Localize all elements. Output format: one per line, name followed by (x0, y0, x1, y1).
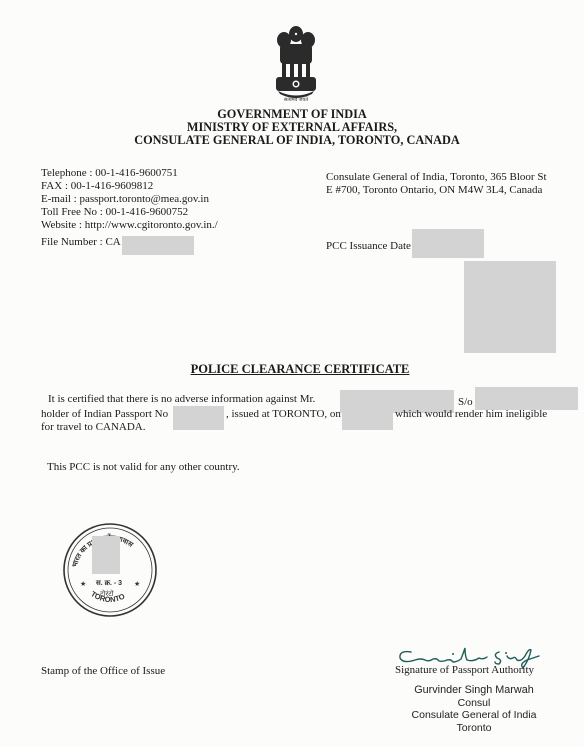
svg-text:स. क्र. - 3: स. क्र. - 3 (95, 580, 122, 587)
certificate-line1: It is certified that there is no adverse… (48, 393, 315, 406)
certificate-line3: for travel to CANADA. (41, 421, 145, 434)
contact-email: E-mail : passport.toronto@mea.gov.in (41, 193, 209, 206)
signatory-office: Consulate General of India (400, 709, 548, 722)
file-number-redacted (122, 236, 194, 255)
pcc-issuance-date-label: PCC Issuance Date (326, 240, 411, 252)
signatory-name: Gurvinder Singh Marwah (400, 684, 548, 697)
certificate-line2-issued: , issued at TORONTO, on (226, 408, 341, 421)
contact-telephone: Telephone : 00-1-416-9600751 (41, 167, 178, 180)
contact-website: Website : http://www.cgitoronto.gov.in./ (41, 219, 218, 232)
svg-text:★: ★ (80, 580, 86, 588)
pcc-issuance-date-redacted (412, 229, 484, 258)
stamp-label: Stamp of the Office of Issue (41, 665, 165, 677)
header-consulate: CONSULATE GENERAL OF INDIA, TORONTO, CAN… (0, 134, 584, 147)
signatory-city: Toronto (400, 722, 548, 735)
svg-text:टोरंटो: टोरंटो (100, 589, 114, 598)
file-number-label: File Number : CA (41, 236, 121, 249)
certificate-line2-suffix: which would render him ineligible (395, 408, 547, 421)
contact-toll-free: Toll Free No : 00-1-416-9600752 (41, 206, 188, 219)
passport-issue-date-redacted (342, 410, 393, 430)
svg-text:★: ★ (134, 580, 140, 588)
consulate-address-line1: Consulate General of India, Toronto, 365… (326, 171, 547, 184)
passport-number-redacted (173, 406, 224, 430)
emblem-motto: सत्यमेव जयते (268, 97, 324, 103)
document-title: POLICE CLEARANCE CERTIFICATE (0, 362, 584, 377)
consulate-stamp-icon: भारत का प्रधान कोंसलावास TORONTO ★ ★ स. … (62, 522, 158, 618)
consulate-address-line2: E #700, Toronto Ontario, ON M4W 3L4, Can… (326, 184, 542, 197)
validity-note: This PCC is not valid for any other coun… (47, 461, 240, 474)
contact-fax: FAX : 00-1-416-9609812 (41, 180, 153, 193)
applicant-photo-redacted (464, 261, 556, 353)
signature-label: Signature of Passport Authority (395, 664, 534, 676)
father-name-redacted (475, 387, 578, 410)
certificate-line2-prefix: holder of Indian Passport No (41, 408, 168, 421)
ashoka-emblem-icon (268, 22, 324, 106)
